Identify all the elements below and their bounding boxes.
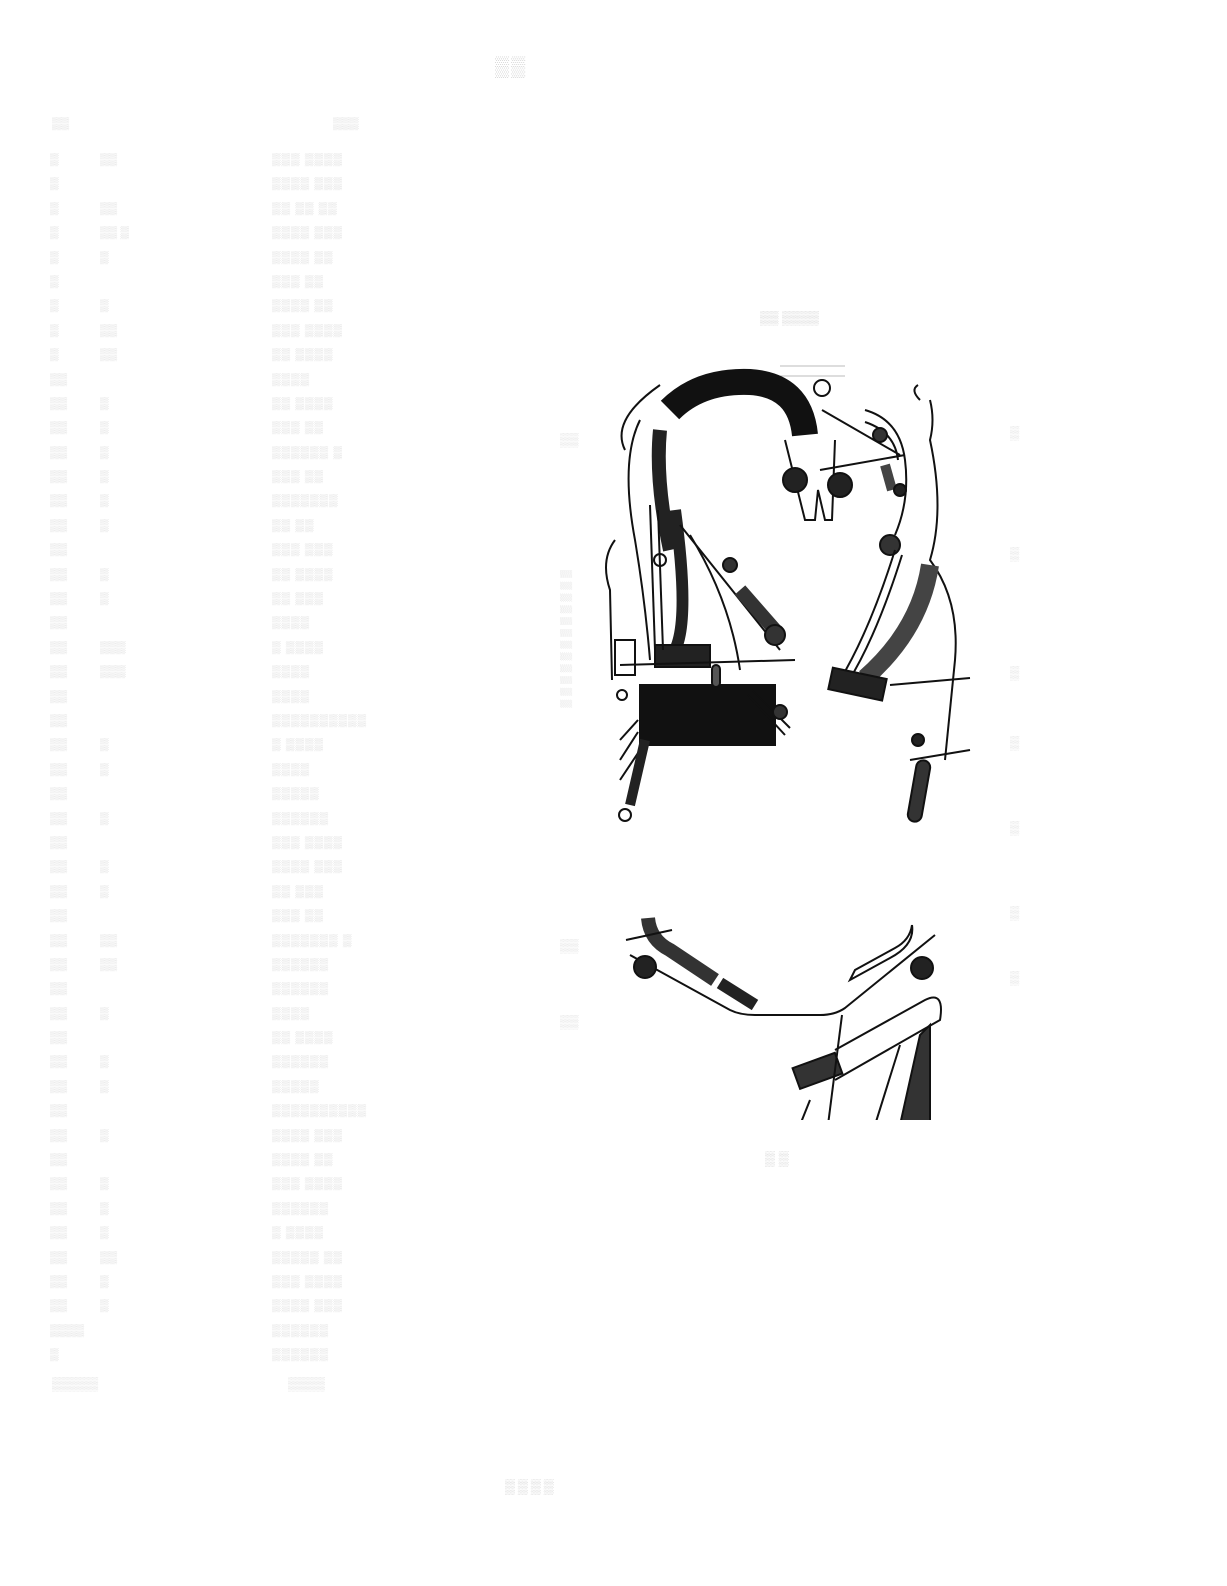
parts-list-row: ▒▒▒▒▒ ▒▒▒▒: [50, 347, 430, 371]
part-number: ▒▒: [50, 493, 90, 507]
parts-list-row: ▒▒▒▒▒▒▒ ▒▒▒: [50, 1128, 430, 1152]
part-number: ▒▒: [50, 737, 90, 751]
callout-right-5: ▒: [1010, 820, 1019, 835]
part-code: ▒: [100, 493, 180, 507]
part-code: ▒: [100, 811, 180, 825]
part-number: ▒: [50, 347, 90, 361]
part-code: ▒: [100, 1176, 180, 1190]
parts-list-row: ▒▒▒▒▒ ▒▒▒: [50, 542, 430, 566]
part-description: ▒▒▒▒ ▒▒: [272, 1152, 432, 1166]
part-number: ▒▒: [50, 518, 90, 532]
part-description: ▒▒▒ ▒▒▒▒: [272, 835, 432, 849]
part-description: ▒▒ ▒▒▒▒: [272, 567, 432, 581]
parts-list-row: ▒▒▒▒▒ ▒▒▒▒: [50, 567, 430, 591]
part-description: ▒▒ ▒▒▒: [272, 884, 432, 898]
parts-list-row: ▒▒▒▒▒▒▒▒▒▒▒ ▒: [50, 933, 430, 957]
part-code: ▒: [100, 420, 180, 434]
parts-list-row: ▒▒▒▒▒▒▒▒: [50, 1079, 430, 1103]
parts-list-row: ▒▒▒ ▒▒▒▒▒ ▒▒▒: [50, 225, 430, 249]
part-number: ▒▒: [50, 689, 90, 703]
part-number: ▒▒: [50, 469, 90, 483]
part-description: ▒▒▒ ▒▒: [272, 274, 432, 288]
parts-list-row: ▒▒▒▒▒▒▒▒▒▒: [50, 493, 430, 517]
parts-list-row: ▒▒▒▒▒▒ ▒▒: [50, 298, 430, 322]
part-code: ▒: [100, 518, 180, 532]
callout-right-6: ▒: [1010, 905, 1019, 920]
part-description: ▒▒▒▒▒▒: [272, 1201, 432, 1215]
part-number: ▒▒: [50, 859, 90, 873]
part-description: ▒▒▒▒ ▒▒▒: [272, 176, 432, 190]
part-description: ▒▒ ▒▒▒▒: [272, 347, 432, 361]
part-number: ▒: [50, 201, 90, 215]
parts-list-row: ▒▒▒▒▒ ▒▒▒▒: [50, 835, 430, 859]
parts-list-row: ▒▒▒▒▒▒ ▒▒▒▒: [50, 1176, 430, 1200]
part-description: ▒▒ ▒▒: [272, 518, 432, 532]
part-number: ▒: [50, 225, 90, 239]
part-number: ▒▒: [50, 762, 90, 776]
part-description: ▒▒▒▒: [272, 689, 432, 703]
callout-right-3: ▒: [1010, 665, 1019, 680]
parts-list-row: ▒▒▒▒▒▒ ▒▒: [50, 250, 430, 274]
parts-list-row: ▒▒▒▒▒▒ ▒▒▒▒: [50, 640, 430, 664]
part-description: ▒▒▒▒▒▒ ▒: [272, 445, 432, 459]
part-number: ▒▒: [50, 664, 90, 678]
part-code: ▒▒: [100, 957, 180, 971]
part-description: ▒▒▒▒: [272, 372, 432, 386]
part-description: ▒▒▒▒ ▒▒: [272, 298, 432, 312]
callout-left-1: ▒▒: [560, 432, 578, 447]
figure-caption: ▒▒ ▒▒▒▒: [760, 310, 819, 325]
part-code: ▒▒: [100, 201, 180, 215]
part-code: ▒: [100, 445, 180, 459]
part-number: ▒▒▒▒: [50, 1323, 90, 1337]
part-description: ▒▒▒▒: [272, 664, 432, 678]
callout-right-2: ▒: [1010, 546, 1019, 561]
part-code: ▒: [100, 1201, 180, 1215]
technical-diagram: [600, 360, 980, 1120]
upper-assembly: [606, 366, 970, 823]
part-code: ▒: [100, 762, 180, 776]
parts-list-row: ▒▒▒▒▒ ▒▒: [50, 518, 430, 542]
part-code: ▒: [100, 884, 180, 898]
parts-list-row: ▒▒▒▒▒▒: [50, 615, 430, 639]
part-description: ▒▒ ▒▒▒: [272, 591, 432, 605]
part-number: ▒▒: [50, 591, 90, 605]
parts-list-row: ▒▒▒▒▒ ▒▒▒▒: [50, 396, 430, 420]
part-code: ▒▒: [100, 152, 180, 166]
part-number: ▒▒: [50, 372, 90, 386]
part-number: ▒▒: [50, 981, 90, 995]
part-code: ▒: [100, 1054, 180, 1068]
part-description: ▒▒▒ ▒▒▒▒: [272, 323, 432, 337]
part-number: ▒▒: [50, 884, 90, 898]
part-code: ▒: [100, 567, 180, 581]
parts-list-row: ▒▒▒▒▒ ▒▒: [50, 908, 430, 932]
parts-list-row: ▒▒▒▒▒▒ ▒▒: [50, 1152, 430, 1176]
part-number: ▒▒: [50, 957, 90, 971]
part-number: ▒▒: [50, 1079, 90, 1093]
part-description: ▒▒▒ ▒▒▒▒: [272, 1176, 432, 1190]
part-number: ▒▒: [50, 1225, 90, 1239]
parts-list-row: ▒▒▒▒▒▒▒▒▒ ▒▒: [50, 1250, 430, 1274]
parts-list-column-description: ▒▒▒: [333, 116, 359, 130]
part-description: ▒▒▒ ▒▒: [272, 420, 432, 434]
parts-list-row: ▒▒▒▒▒▒ ▒▒▒▒: [50, 1274, 430, 1298]
part-description: ▒▒▒ ▒▒▒: [272, 542, 432, 556]
part-code: ▒: [100, 1225, 180, 1239]
parts-list-row: ▒▒▒▒▒▒▒▒▒▒: [50, 1323, 430, 1347]
part-description: ▒▒▒▒ ▒▒▒: [272, 1128, 432, 1142]
part-description: ▒▒▒ ▒▒: [272, 469, 432, 483]
part-number: ▒▒: [50, 567, 90, 581]
part-code: ▒▒: [100, 1250, 180, 1264]
part-code: ▒▒▒: [100, 640, 180, 654]
part-number: ▒▒: [50, 1128, 90, 1142]
part-description: ▒▒ ▒▒▒▒: [272, 396, 432, 410]
part-description: ▒▒▒▒▒▒▒ ▒: [272, 933, 432, 947]
part-code: ▒▒ ▒: [100, 225, 180, 239]
part-code: ▒▒: [100, 323, 180, 337]
parts-list-row: ▒▒▒▒▒▒▒▒▒: [50, 1201, 430, 1225]
parts-list-row: ▒▒▒▒ ▒▒▒▒: [50, 1030, 430, 1054]
part-code: ▒: [100, 1274, 180, 1288]
parts-list-row: ▒▒▒▒▒ ▒▒▒: [50, 176, 430, 200]
part-description: ▒▒ ▒▒▒▒: [272, 1030, 432, 1044]
part-number: ▒: [50, 298, 90, 312]
part-code: ▒: [100, 591, 180, 605]
part-description: ▒▒▒▒▒▒: [272, 981, 432, 995]
part-number: ▒▒: [50, 835, 90, 849]
part-number: ▒▒: [50, 1176, 90, 1190]
part-description: ▒▒▒▒: [272, 762, 432, 776]
part-code: ▒: [100, 469, 180, 483]
parts-list-row: ▒▒▒▒▒▒▒: [50, 1347, 430, 1371]
parts-list-row: ▒▒▒▒▒▒▒: [50, 762, 430, 786]
part-description: ▒▒▒▒ ▒▒▒: [272, 1298, 432, 1312]
part-code: ▒: [100, 859, 180, 873]
part-description: ▒ ▒▒▒▒: [272, 640, 432, 654]
part-number: ▒▒: [50, 713, 90, 727]
part-number: ▒▒: [50, 396, 90, 410]
part-code: ▒: [100, 250, 180, 264]
part-description: ▒▒▒▒▒▒▒▒▒▒: [272, 1103, 432, 1117]
parts-list: ▒▒▒▒▒▒ ▒▒▒▒▒▒▒▒▒ ▒▒▒▒▒▒▒▒ ▒▒ ▒▒▒▒▒ ▒▒▒▒▒…: [50, 152, 430, 1372]
callout-right-4: ▒: [1010, 735, 1019, 750]
part-number: ▒: [50, 274, 90, 288]
part-code: ▒: [100, 396, 180, 410]
part-description: ▒▒▒▒ ▒▒▒: [272, 225, 432, 239]
part-number: ▒▒: [50, 933, 90, 947]
part-description: ▒▒▒▒▒▒▒: [272, 493, 432, 507]
part-description: ▒▒▒▒ ▒▒: [272, 250, 432, 264]
part-code: ▒▒▒: [100, 664, 180, 678]
part-number: ▒▒: [50, 615, 90, 629]
parts-list-row: ▒▒▒▒▒▒▒▒▒ ▒: [50, 445, 430, 469]
page-header-number: ▒▒: [495, 56, 527, 79]
parts-list-row: ▒▒▒▒▒▒▒▒▒▒▒▒: [50, 1103, 430, 1127]
parts-list-row: ▒▒▒▒▒▒▒ ▒▒▒: [50, 1298, 430, 1322]
part-description: ▒▒▒▒▒▒: [272, 811, 432, 825]
parts-list-row: ▒▒▒▒▒▒ ▒▒: [50, 469, 430, 493]
parts-list-row: ▒▒▒▒▒▒▒ ▒▒▒: [50, 859, 430, 883]
part-number: ▒▒: [50, 445, 90, 459]
part-code: ▒: [100, 1006, 180, 1020]
part-number: ▒▒: [50, 811, 90, 825]
parts-list-row: ▒▒▒▒▒▒: [50, 372, 430, 396]
lower-assembly: [626, 918, 941, 1120]
part-number: ▒▒: [50, 1054, 90, 1068]
parts-list-row: ▒▒▒▒▒ ▒▒▒: [50, 591, 430, 615]
figure-number: ▒ ▒: [765, 1150, 789, 1166]
part-number: ▒▒: [50, 1152, 90, 1166]
parts-list-row: ▒▒▒▒▒▒▒▒▒: [50, 664, 430, 688]
part-number: ▒▒: [50, 640, 90, 654]
diagram-side-label: ▒▒▒▒▒▒▒▒▒▒▒▒: [558, 570, 572, 712]
part-number: ▒▒: [50, 1030, 90, 1044]
part-description: ▒ ▒▒▒▒: [272, 737, 432, 751]
part-description: ▒▒▒▒▒▒: [272, 1347, 432, 1361]
parts-list-row: ▒▒▒▒▒▒ ▒▒▒▒: [50, 152, 430, 176]
part-number: ▒: [50, 152, 90, 166]
parts-list-row: ▒▒▒▒▒▒▒▒▒▒▒▒: [50, 713, 430, 737]
part-number: ▒▒: [50, 1103, 90, 1117]
parts-list-footnote-left: ▒▒▒▒▒: [52, 1376, 98, 1391]
part-number: ▒▒: [50, 1201, 90, 1215]
part-number: ▒▒: [50, 420, 90, 434]
part-code: ▒▒: [100, 933, 180, 947]
part-description: ▒▒▒▒▒▒: [272, 1323, 432, 1337]
part-code: ▒: [100, 298, 180, 312]
parts-list-row: ▒▒▒▒▒▒▒▒: [50, 981, 430, 1005]
part-description: ▒▒▒▒: [272, 1006, 432, 1020]
part-number: ▒: [50, 176, 90, 190]
page-footer-number: ▒▒▒▒: [505, 1478, 557, 1494]
part-code: ▒: [100, 1298, 180, 1312]
parts-list-row: ▒▒▒▒▒▒ ▒▒▒▒: [50, 323, 430, 347]
part-number: ▒▒: [50, 1250, 90, 1264]
part-number: ▒▒: [50, 786, 90, 800]
part-description: ▒▒▒ ▒▒▒▒: [272, 1274, 432, 1288]
parts-list-row: ▒▒▒▒▒ ▒▒ ▒▒: [50, 201, 430, 225]
parts-list-row: ▒▒▒▒▒▒▒: [50, 786, 430, 810]
part-code: ▒: [100, 737, 180, 751]
part-description: ▒▒▒▒▒▒: [272, 957, 432, 971]
part-number: ▒▒: [50, 908, 90, 922]
parts-list-row: ▒▒▒▒▒▒: [50, 689, 430, 713]
part-number: ▒: [50, 323, 90, 337]
part-description: ▒▒▒ ▒▒: [272, 908, 432, 922]
part-number: ▒▒: [50, 1274, 90, 1288]
parts-list-footnote-right: ▒▒▒▒: [288, 1376, 325, 1391]
part-number: ▒▒: [50, 1298, 90, 1312]
part-number: ▒: [50, 250, 90, 264]
part-code: ▒: [100, 1079, 180, 1093]
parts-list-column-number: ▒▒: [52, 116, 69, 130]
part-description: ▒▒▒▒▒: [272, 786, 432, 800]
part-number: ▒▒: [50, 1006, 90, 1020]
parts-list-row: ▒▒▒▒▒▒▒▒▒: [50, 811, 430, 835]
callout-right-1: ▒: [1010, 425, 1019, 440]
parts-list-row: ▒▒▒▒ ▒▒▒▒: [50, 1225, 430, 1249]
parts-list-row: ▒▒▒▒▒ ▒▒▒: [50, 884, 430, 908]
part-description: ▒▒▒▒▒: [272, 1079, 432, 1093]
part-description: ▒▒▒▒: [272, 615, 432, 629]
parts-list-row: ▒▒▒▒ ▒▒▒▒: [50, 737, 430, 761]
part-description: ▒ ▒▒▒▒: [272, 1225, 432, 1239]
parts-list-row: ▒▒▒▒▒▒▒: [50, 1006, 430, 1030]
part-number: ▒▒: [50, 542, 90, 556]
parts-list-row: ▒▒▒▒ ▒▒: [50, 274, 430, 298]
part-description: ▒▒▒▒▒▒: [272, 1054, 432, 1068]
part-description: ▒▒▒ ▒▒▒▒: [272, 152, 432, 166]
part-description: ▒▒ ▒▒ ▒▒: [272, 201, 432, 215]
part-number: ▒: [50, 1347, 90, 1361]
callout-left-2: ▒▒: [560, 938, 578, 953]
part-description: ▒▒▒▒ ▒▒▒: [272, 859, 432, 873]
part-description: ▒▒▒▒▒▒▒▒▒▒: [272, 713, 432, 727]
parts-list-row: ▒▒▒▒▒▒ ▒▒: [50, 420, 430, 444]
callout-right-7: ▒: [1010, 970, 1019, 985]
part-code: ▒: [100, 1128, 180, 1142]
parts-list-row: ▒▒▒▒▒▒▒▒▒: [50, 1054, 430, 1078]
part-code: ▒▒: [100, 347, 180, 361]
callout-left-3: ▒▒: [560, 1014, 578, 1029]
parts-list-row: ▒▒▒▒▒▒▒▒▒▒: [50, 957, 430, 981]
part-description: ▒▒▒▒▒ ▒▒: [272, 1250, 432, 1264]
